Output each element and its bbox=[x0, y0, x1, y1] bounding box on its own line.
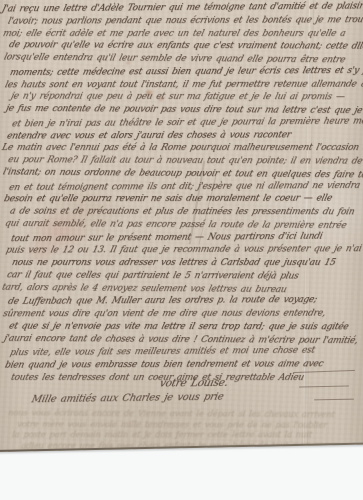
handwriting-line: a de soins et de précautions et plus de … bbox=[9, 207, 356, 218]
bleedthrough-line: votre mère vous envoie mille tendresses … bbox=[16, 419, 327, 430]
handwriting-line: sûrement vous dire qu'on vient de me dir… bbox=[2, 309, 327, 320]
bleedthrough-line: nous vous écrirons encore de Vienne avan… bbox=[7, 408, 335, 420]
handwriting-line: l'avoir; nous parlions pendant que nous … bbox=[7, 15, 363, 27]
handwriting-line: moi; elle écrit adèle et me parle avec u… bbox=[2, 29, 347, 39]
handwriting-line: en et tout témoignent comme ils ont dit;… bbox=[8, 180, 363, 192]
handwriting-line: je n'y répondrai que peu à peu et sur ma… bbox=[10, 92, 346, 103]
handwriting-line: de pouvoir qu'elle va écrire aux enfants… bbox=[8, 41, 363, 52]
handwriting-line: car il faut que celles qui partiraient l… bbox=[6, 270, 300, 281]
scanned-letter: J'ai reçu une lettre d'Adèle Tournier qu… bbox=[0, 0, 363, 500]
handwriting-line: j'aurai encore tant de choses à vous dir… bbox=[3, 333, 359, 345]
handwriting-line: et que si je n'envoie pas vite ma lettre… bbox=[8, 321, 350, 332]
handwriting-line: les hauts sont en voyant tout l'instant,… bbox=[4, 79, 363, 90]
handwriting-line: entendre avec vous et alors j'aurai des … bbox=[6, 130, 292, 141]
bleedthrough-line: la poste part demain matin et je dois fe… bbox=[11, 430, 312, 440]
handwriting-line: puis vers le 12 ou 13. Il faut que je re… bbox=[5, 245, 363, 256]
signature: votre Louise. bbox=[158, 377, 229, 390]
handwriting-line: besoin et qu'elle pourra revenir ne sais… bbox=[3, 194, 333, 205]
handwriting-line: tard, alors après le 4 envoyez seulement… bbox=[1, 282, 288, 294]
handwriting-line: qui aurait semblé, elle n'a pas encore p… bbox=[4, 219, 348, 231]
letter-page: J'ai reçu une lettre d'Adèle Tournier qu… bbox=[0, 0, 363, 453]
handwriting-line: Le matin avec l'ennui pas été à la Rome … bbox=[1, 143, 363, 153]
handwriting-line: eu pour Rome? Il fallait au tour à nouve… bbox=[7, 155, 363, 167]
handwriting-line: tout mon amour sur le présent moment — N… bbox=[10, 231, 324, 244]
handwriting-line: nous ne pourrons vous adresser vos lettr… bbox=[11, 258, 337, 268]
handwriting-line: moments; cette médecine est aussi bien q… bbox=[9, 66, 363, 78]
handwriting-line: bien quand je vous embrasse tous bien te… bbox=[4, 359, 324, 370]
handwriting-line: toutes les tendresses dont un coeur aime… bbox=[10, 373, 305, 383]
